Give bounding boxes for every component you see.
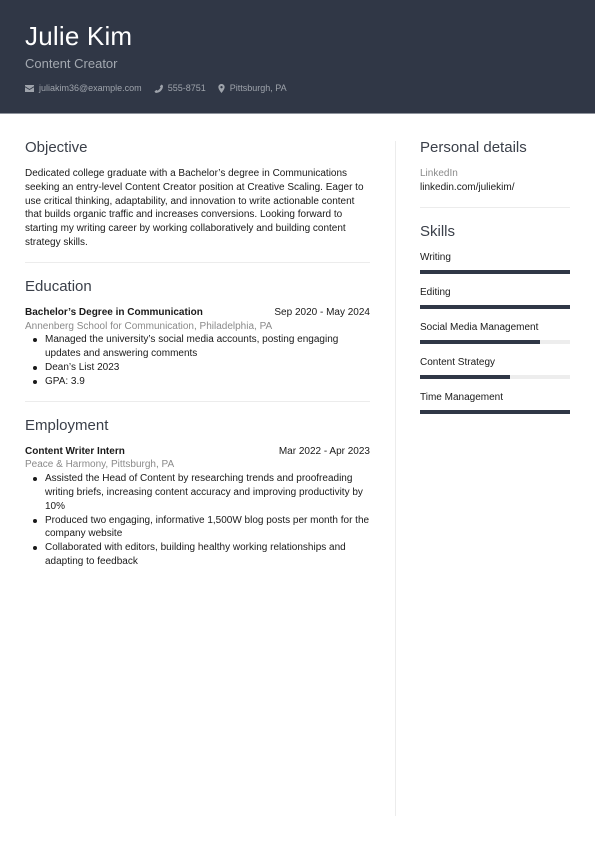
section-divider (25, 262, 370, 263)
skill-name: Writing (420, 251, 570, 264)
skill-level-bar (420, 375, 570, 379)
list-item: Assisted the Head of Content by research… (45, 472, 370, 513)
skills-title: Skills (420, 222, 570, 242)
skill-name: Editing (420, 286, 570, 299)
section-divider (420, 207, 570, 208)
linkedin-link[interactable]: linkedin.com/juliekim/ (420, 181, 570, 195)
job-title: Content Writer Intern (25, 445, 125, 459)
resume-header: Julie Kim Content Creator juliakim36@exa… (0, 0, 595, 114)
linkedin-label: LinkedIn (420, 167, 570, 181)
employment-title: Employment (25, 416, 370, 436)
skill-item: Editing (420, 286, 570, 309)
skill-level-bar (420, 410, 570, 414)
candidate-name: Julie Kim (25, 21, 132, 52)
job-company: Peace & Harmony, Pittsburgh, PA (25, 458, 370, 472)
skill-item: Social Media Management (420, 321, 570, 344)
contact-phone-text: 555-8751 (168, 83, 206, 93)
contact-email[interactable]: juliakim36@example.com (25, 83, 142, 93)
skill-item: Writing (420, 251, 570, 274)
skills-section: Skills Writing Editing Social Media Mana… (420, 222, 570, 414)
list-item: GPA: 3.9 (45, 375, 370, 389)
skill-item: Time Management (420, 391, 570, 414)
education-entry: Bachelor’s Degree in Communication Sep 2… (25, 306, 370, 389)
education-title: Education (25, 277, 370, 297)
skill-name: Content Strategy (420, 356, 570, 369)
contact-list: juliakim36@example.com 555-8751 Pittsbur… (25, 83, 299, 93)
education-dates: Sep 2020 - May 2024 (274, 306, 370, 320)
personal-details-section: Personal details LinkedIn linkedin.com/j… (420, 138, 570, 195)
skill-level-fill (420, 305, 570, 309)
map-pin-icon (218, 84, 225, 93)
contact-email-text: juliakim36@example.com (39, 83, 142, 93)
skill-level-bar (420, 270, 570, 274)
employment-bullets: Assisted the Head of Content by research… (45, 472, 370, 569)
employment-entry: Content Writer Intern Mar 2022 - Apr 202… (25, 445, 370, 569)
list-item: Produced two engaging, informative 1,500… (45, 514, 370, 542)
skills-list: Writing Editing Social Media Management … (420, 251, 570, 414)
job-dates: Mar 2022 - Apr 2023 (279, 445, 370, 459)
skill-item: Content Strategy (420, 356, 570, 379)
phone-icon (154, 84, 163, 93)
skill-name: Time Management (420, 391, 570, 404)
objective-text: Dedicated college graduate with a Bachel… (25, 167, 370, 250)
section-divider (25, 401, 370, 402)
skill-level-bar (420, 340, 570, 344)
column-divider (395, 141, 396, 816)
skill-level-bar (420, 305, 570, 309)
main-column: Objective Dedicated college graduate wit… (25, 138, 370, 569)
skill-level-fill (420, 410, 570, 414)
skill-level-fill (420, 340, 540, 344)
education-school: Annenberg School for Communication, Phil… (25, 320, 370, 334)
personal-details-title: Personal details (420, 138, 570, 158)
contact-location-text: Pittsburgh, PA (230, 83, 287, 93)
education-bullets: Managed the university’s social media ac… (45, 333, 370, 388)
contact-location: Pittsburgh, PA (218, 83, 287, 93)
skill-level-fill (420, 375, 510, 379)
employment-section: Employment Content Writer Intern Mar 202… (25, 416, 370, 569)
objective-title: Objective (25, 138, 370, 158)
candidate-role: Content Creator (25, 56, 118, 71)
side-column: Personal details LinkedIn linkedin.com/j… (420, 138, 570, 426)
envelope-icon (25, 85, 34, 92)
objective-section: Objective Dedicated college graduate wit… (25, 138, 370, 250)
skill-name: Social Media Management (420, 321, 570, 334)
education-degree: Bachelor’s Degree in Communication (25, 306, 203, 320)
skill-level-fill (420, 270, 570, 274)
list-item: Dean’s List 2023 (45, 361, 370, 375)
contact-phone[interactable]: 555-8751 (154, 83, 206, 93)
list-item: Managed the university’s social media ac… (45, 333, 370, 361)
list-item: Collaborated with editors, building heal… (45, 541, 370, 569)
education-section: Education Bachelor’s Degree in Communica… (25, 277, 370, 389)
